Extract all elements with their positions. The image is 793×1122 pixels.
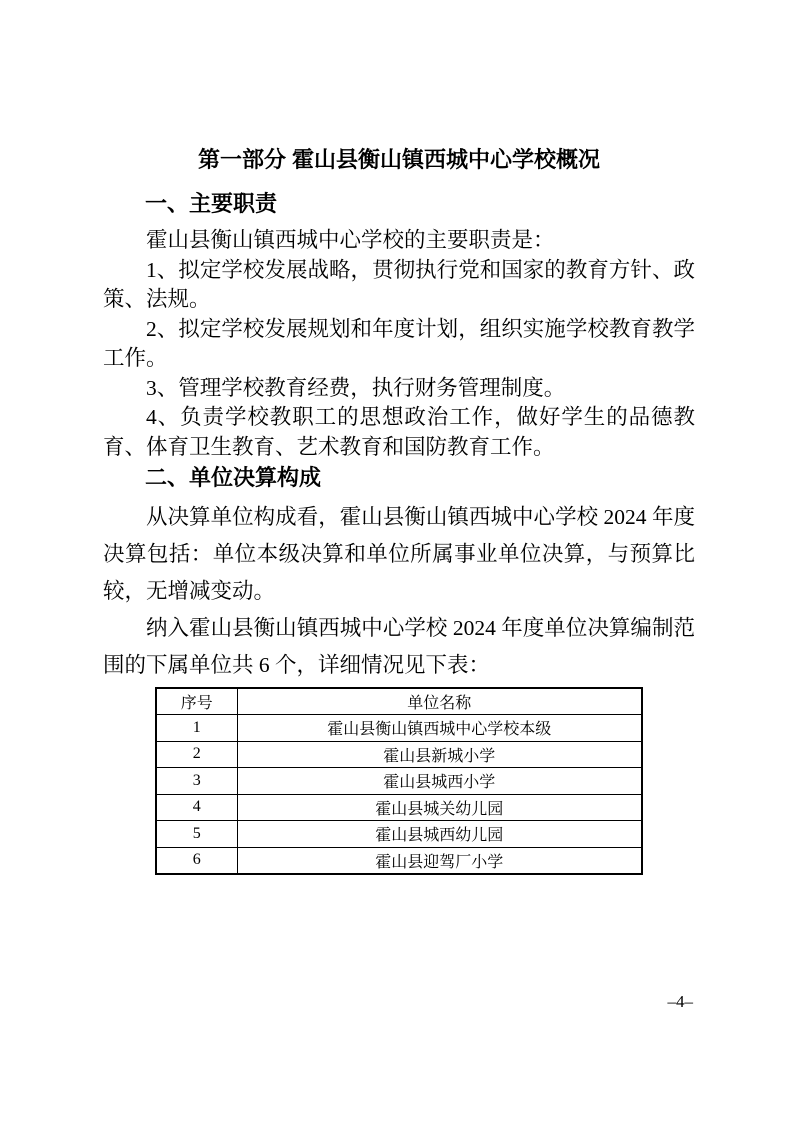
unit-name-cell: 霍山县城关幼儿园: [237, 794, 642, 821]
paragraph: 霍山县衡山镇西城中心学校的主要职责是：: [103, 226, 695, 256]
page-number: –4–: [668, 992, 694, 1012]
table-row: 2 霍山县新城小学: [156, 741, 642, 768]
document-title: 第一部分 霍山县衡山镇西城中心学校概况: [103, 144, 695, 175]
paragraph: 4、负责学校教职工的思想政治工作，做好学生的品德教育、体育卫生教育、艺术教育和国…: [103, 403, 695, 462]
table-row: 6 霍山县迎驾厂小学: [156, 847, 642, 874]
section-2-body: 从决算单位构成看，霍山县衡山镇西城中心学校 2024 年度决算包括：单位本级决算…: [103, 499, 695, 684]
unit-name-cell: 霍山县城西小学: [237, 768, 642, 795]
unit-name-cell: 霍山县衡山镇西城中心学校本级: [237, 715, 642, 742]
document-page: 第一部分 霍山县衡山镇西城中心学校概况 一、主要职责 霍山县衡山镇西城中心学校的…: [0, 0, 793, 1122]
section-1-body: 霍山县衡山镇西城中心学校的主要职责是： 1、拟定学校发展战略，贯彻执行党和国家的…: [103, 226, 695, 462]
serial-cell: 4: [156, 794, 237, 821]
serial-cell: 2: [156, 741, 237, 768]
paragraph: 2、拟定学校发展规划和年度计划，组织实施学校教育教学工作。: [103, 315, 695, 374]
unit-name-cell: 霍山县城西幼儿园: [237, 821, 642, 848]
section-1-heading: 一、主要职责: [103, 192, 695, 216]
paragraph: 纳入霍山县衡山镇西城中心学校 2024 年度单位决算编制范围的下属单位共 6 个…: [103, 610, 695, 684]
paragraph: 从决算单位构成看，霍山县衡山镇西城中心学校 2024 年度决算包括：单位本级决算…: [103, 499, 695, 610]
paragraph: 3、管理学校教育经费，执行财务管理制度。: [103, 374, 695, 404]
paragraph: 1、拟定学校发展战略，贯彻执行党和国家的教育方针、政策、法规。: [103, 256, 695, 315]
table-row: 3 霍山县城西小学: [156, 768, 642, 795]
unit-name-cell: 霍山县新城小学: [237, 741, 642, 768]
serial-cell: 3: [156, 768, 237, 795]
table-row: 5 霍山县城西幼儿园: [156, 821, 642, 848]
serial-cell: 6: [156, 847, 237, 874]
units-table: 序号 单位名称 1 霍山县衡山镇西城中心学校本级 2 霍山县新城小学 3 霍山县…: [155, 687, 643, 875]
section-2-heading: 二、单位决算构成: [103, 466, 695, 490]
table-row: 4 霍山县城关幼儿园: [156, 794, 642, 821]
unit-name-cell: 霍山县迎驾厂小学: [237, 847, 642, 874]
table-row: 1 霍山县衡山镇西城中心学校本级: [156, 715, 642, 742]
unit-name-header-cell: 单位名称: [237, 688, 642, 715]
serial-header-cell: 序号: [156, 688, 237, 715]
document-content: 第一部分 霍山县衡山镇西城中心学校概况 一、主要职责 霍山县衡山镇西城中心学校的…: [103, 0, 695, 875]
serial-cell: 1: [156, 715, 237, 742]
serial-cell: 5: [156, 821, 237, 848]
table-header-row: 序号 单位名称: [156, 688, 642, 715]
